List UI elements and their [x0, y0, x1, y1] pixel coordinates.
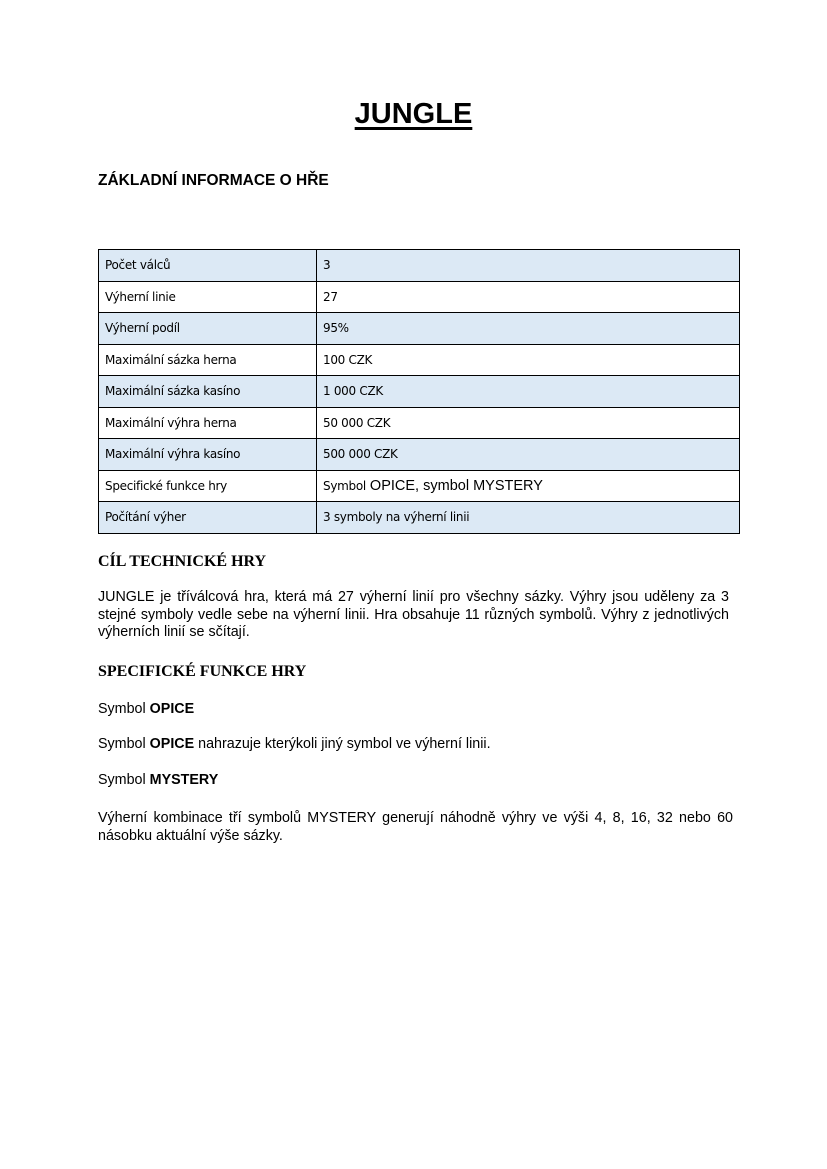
table-row: Maximální výhra herna 50 000 CZK — [99, 407, 740, 439]
table-cell-value: 3 — [317, 250, 740, 282]
document-title: JUNGLE — [0, 98, 827, 131]
opice-heading-bold: OPICE — [150, 701, 195, 717]
game-info-table: Počet válců 3 Výherní linie 27 Výherní p… — [98, 249, 740, 534]
section-heading-basic-info: ZÁKLADNÍ INFORMACE O HŘE — [98, 172, 329, 190]
mystery-description: Výherní kombinace tří symbolů MYSTERY ge… — [98, 810, 733, 845]
section-heading-goal: CÍL TECHNICKÉ HRY — [98, 553, 266, 571]
table-cell-label: Maximální sázka herna — [99, 344, 317, 376]
table-row: Výherní podíl 95% — [99, 313, 740, 345]
opice-description: Symbol OPICE nahrazuje kterýkoli jiný sy… — [98, 736, 491, 752]
table-cell-value: Symbol OPICE, symbol MYSTERY — [317, 470, 740, 502]
table-row: Maximální sázka herna 100 CZK — [99, 344, 740, 376]
table-cell-value: 27 — [317, 281, 740, 313]
table-cell-label: Počítání výher — [99, 502, 317, 534]
section-heading-features: SPECIFICKÉ FUNKCE HRY — [98, 663, 306, 681]
table-cell-label: Počet válců — [99, 250, 317, 282]
table-row: Výherní linie 27 — [99, 281, 740, 313]
table-cell-label: Maximální výhra kasíno — [99, 439, 317, 471]
mystery-heading-bold: MYSTERY — [150, 772, 219, 788]
table-row: Maximální sázka kasíno 1 000 CZK — [99, 376, 740, 408]
table-row: Specifické funkce hry Symbol OPICE, symb… — [99, 470, 740, 502]
opice-text-prefix: Symbol — [98, 736, 150, 752]
table-cell-value: 1 000 CZK — [317, 376, 740, 408]
opice-text-suffix: nahrazuje kterýkoli jiný symbol ve výher… — [194, 736, 490, 752]
table-cell-value: 95% — [317, 313, 740, 345]
opice-heading-prefix: Symbol — [98, 701, 150, 717]
opice-text-bold: OPICE — [150, 736, 195, 752]
table-cell-label: Specifické funkce hry — [99, 470, 317, 502]
table-cell-value: 50 000 CZK — [317, 407, 740, 439]
table-row: Počet válců 3 — [99, 250, 740, 282]
mystery-heading-prefix: Symbol — [98, 772, 150, 788]
value-prefix: Symbol — [323, 479, 366, 493]
table-cell-label: Výherní linie — [99, 281, 317, 313]
opice-heading: Symbol OPICE — [98, 701, 194, 717]
mystery-heading: Symbol MYSTERY — [98, 772, 218, 788]
table-cell-label: Maximální sázka kasíno — [99, 376, 317, 408]
table-cell-value: 500 000 CZK — [317, 439, 740, 471]
document-page: JUNGLE ZÁKLADNÍ INFORMACE O HŘE Počet vá… — [0, 0, 827, 1169]
table-cell-value: 3 symboly na výherní linii — [317, 502, 740, 534]
value-rest: OPICE, symbol MYSTERY — [366, 478, 543, 494]
goal-paragraph: JUNGLE je tříválcová hra, která má 27 vý… — [98, 589, 729, 642]
table-row: Počítání výher 3 symboly na výherní lini… — [99, 502, 740, 534]
table-cell-value: 100 CZK — [317, 344, 740, 376]
table-cell-label: Výherní podíl — [99, 313, 317, 345]
table-row: Maximální výhra kasíno 500 000 CZK — [99, 439, 740, 471]
table-cell-label: Maximální výhra herna — [99, 407, 317, 439]
